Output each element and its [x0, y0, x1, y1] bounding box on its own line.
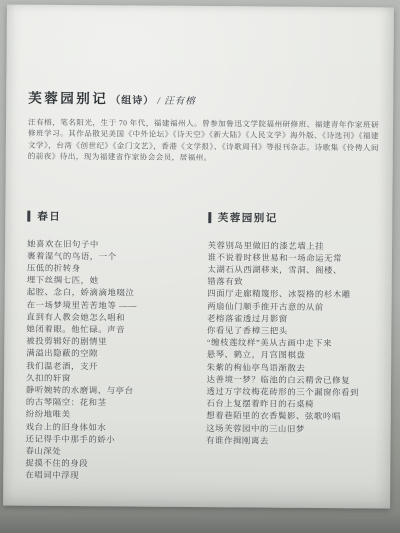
poem-line: 在一场梦境里苦苦地等 —— — [27, 299, 198, 313]
poem-line: 朱紫的枸仙亭鸟语渐散去 — [207, 362, 378, 376]
poem-section-chunri: 春日 她喜欢在旧句子中裹着湿气的鸟语，一个压低的折转身埋下丝绸七匹，她起腔、念白… — [25, 208, 198, 483]
poem-group-title: 芙蓉园别记 — [28, 91, 108, 107]
poem-title-chunri: 春日 — [27, 208, 198, 224]
poem-line: 戏台上的旧身体如水 — [26, 421, 197, 435]
poem-line: 想着巷陌里的衣香鬓影、弦歌吟唱 — [206, 411, 377, 425]
author-name: / 汪有榕 — [157, 97, 196, 107]
poem-line: 起腔、念白，娇滴滴地啜泣 — [27, 287, 198, 301]
poem-line: 有谁作揖刚离去 — [206, 435, 377, 449]
poem-title-furongyuan: 芙蓉园别记 — [208, 210, 379, 226]
poem-title-text: 春日 — [37, 208, 61, 223]
poem-title-text: 芙蓉园别记 — [218, 210, 278, 225]
poem-line: 她喜欢在旧句子中 — [27, 238, 198, 252]
poem-line: 在唱词中浮现 — [25, 470, 196, 484]
page-content: 芙蓉园别记（组诗）/ 汪有榕 汪有榕，笔名阳光，生于 70 年代，福建福州人。曾… — [25, 5, 380, 509]
poem-line: 四面厅走廊精篾形、冰裂格的杉木雕 — [207, 289, 378, 303]
poem-group-subtitle: （组诗） — [110, 95, 154, 106]
section-marker-icon — [27, 210, 30, 221]
poem-line: 两扇仙门顺手推开古意的从前 — [207, 301, 378, 315]
section-marker-icon — [208, 212, 211, 223]
poem-body-chunri: 她喜欢在旧句子中裹着湿气的鸟语，一个压低的折转身埋下丝绸七匹，她起腔、念白，娇滴… — [25, 238, 197, 483]
poem-line: 这场芙蓉园中的三山旧梦 — [206, 423, 377, 437]
poem-line: 我们温老酒，支开 — [26, 360, 197, 374]
poem-line: 满溢出隐蔽的空隙 — [26, 348, 197, 362]
poem-body-furongyuan: 芙蓉别岛里做旧的漆艺墙上挂谁不说着时移世易和一场命运无常太湖石从西湖移来，雪洞、… — [206, 240, 378, 449]
book-page: 芙蓉园别记（组诗）/ 汪有榕 汪有榕，笔名阳光，生于 70 年代，福建福州人。曾… — [3, 4, 394, 508]
photo-surface-shadow — [0, 511, 400, 533]
poem-line: 纷纷地唯美 — [26, 409, 197, 423]
poem-section-furongyuan: 芙蓉园别记 芙蓉别岛里做旧的漆艺墙上挂谁不说着时移世易和一场命运无常太湖石从西湖… — [206, 210, 379, 485]
author-bio: 汪有榕，笔名阳光，生于 70 年代，福建福州人。曾参加鲁迅文学院福州研修班、福建… — [28, 117, 379, 165]
poem-line: 芙蓉别岛里做旧的漆艺墙上挂 — [208, 240, 379, 254]
page-title: 芙蓉园别记（组诗）/ 汪有榕 — [28, 87, 379, 111]
poem-columns: 春日 她喜欢在旧句子中裹着湿气的鸟语，一个压低的折转身埋下丝绸七匹，她起腔、念白… — [25, 208, 378, 485]
poem-line: 悬琴、鹤立，月宫图棋盘 — [207, 350, 378, 364]
